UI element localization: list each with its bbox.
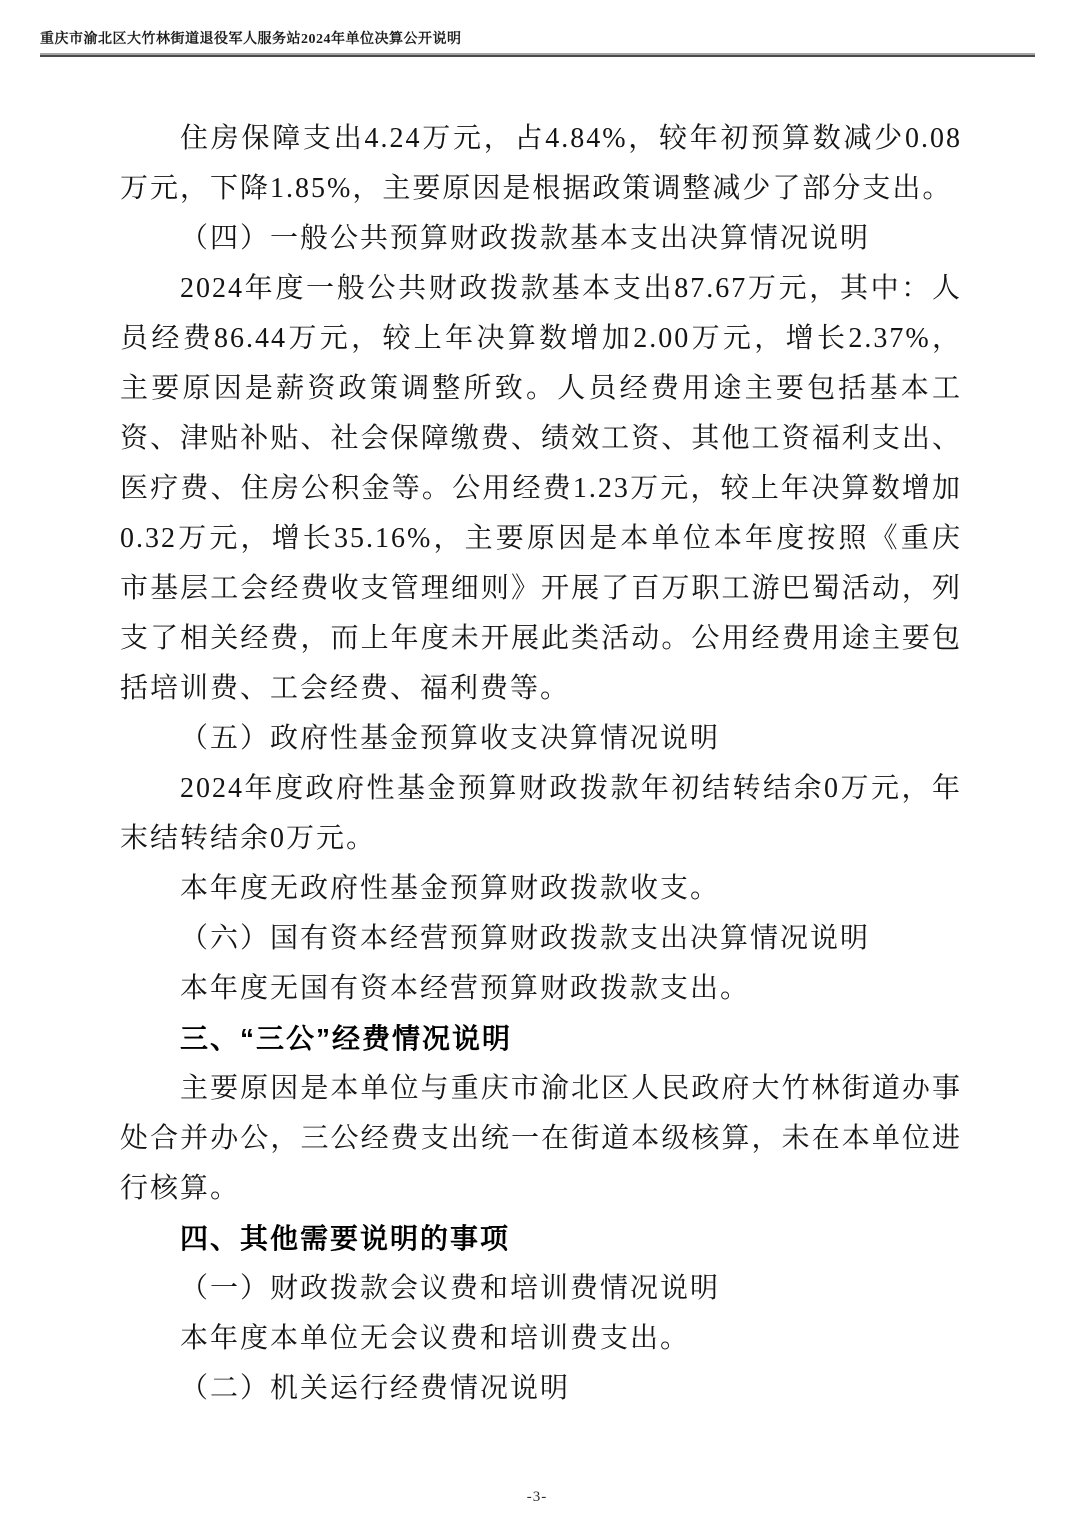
sub-heading: （一）财政拨款会议费和培训费情况说明 bbox=[120, 1264, 962, 1314]
paragraph: 主要原因是本单位与重庆市渝北区人民政府大竹林街道办事处合并办公，三公经费支出统一… bbox=[120, 1064, 962, 1214]
document-body: 住房保障支出4.24万元，占4.84%，较年初预算数减少0.08万元，下降1.8… bbox=[120, 114, 962, 1414]
document-page: 重庆市渝北区大竹林街道退役军人服务站2024年单位决算公开说明 住房保障支出4.… bbox=[0, 0, 1074, 1520]
paragraph: 本年度本单位无会议费和培训费支出。 bbox=[120, 1314, 962, 1364]
header-title: 重庆市渝北区大竹林街道退役军人服务站2024年单位决算公开说明 bbox=[40, 30, 1035, 50]
page-footer: -3- bbox=[0, 1488, 1074, 1506]
header-divider bbox=[40, 53, 1035, 57]
section-heading: 四、其他需要说明的事项 bbox=[120, 1214, 962, 1264]
paragraph: 本年度无国有资本经营预算财政拨款支出。 bbox=[120, 964, 962, 1014]
sub-heading: （五）政府性基金预算收支决算情况说明 bbox=[120, 714, 962, 764]
paragraph: 住房保障支出4.24万元，占4.84%，较年初预算数减少0.08万元，下降1.8… bbox=[120, 114, 962, 214]
sub-heading: （二）机关运行经费情况说明 bbox=[120, 1364, 962, 1414]
paragraph: 2024年度一般公共财政拨款基本支出87.67万元，其中：人员经费86.44万元… bbox=[120, 264, 962, 714]
sub-heading: （四）一般公共预算财政拨款基本支出决算情况说明 bbox=[120, 214, 962, 264]
section-heading: 三、“三公”经费情况说明 bbox=[120, 1014, 962, 1064]
page-number: -3- bbox=[527, 1489, 548, 1505]
page-header: 重庆市渝北区大竹林街道退役军人服务站2024年单位决算公开说明 bbox=[40, 30, 1035, 57]
paragraph: 本年度无政府性基金预算财政拨款收支。 bbox=[120, 864, 962, 914]
paragraph: 2024年度政府性基金预算财政拨款年初结转结余0万元，年末结转结余0万元。 bbox=[120, 764, 962, 864]
sub-heading: （六）国有资本经营预算财政拨款支出决算情况说明 bbox=[120, 914, 962, 964]
